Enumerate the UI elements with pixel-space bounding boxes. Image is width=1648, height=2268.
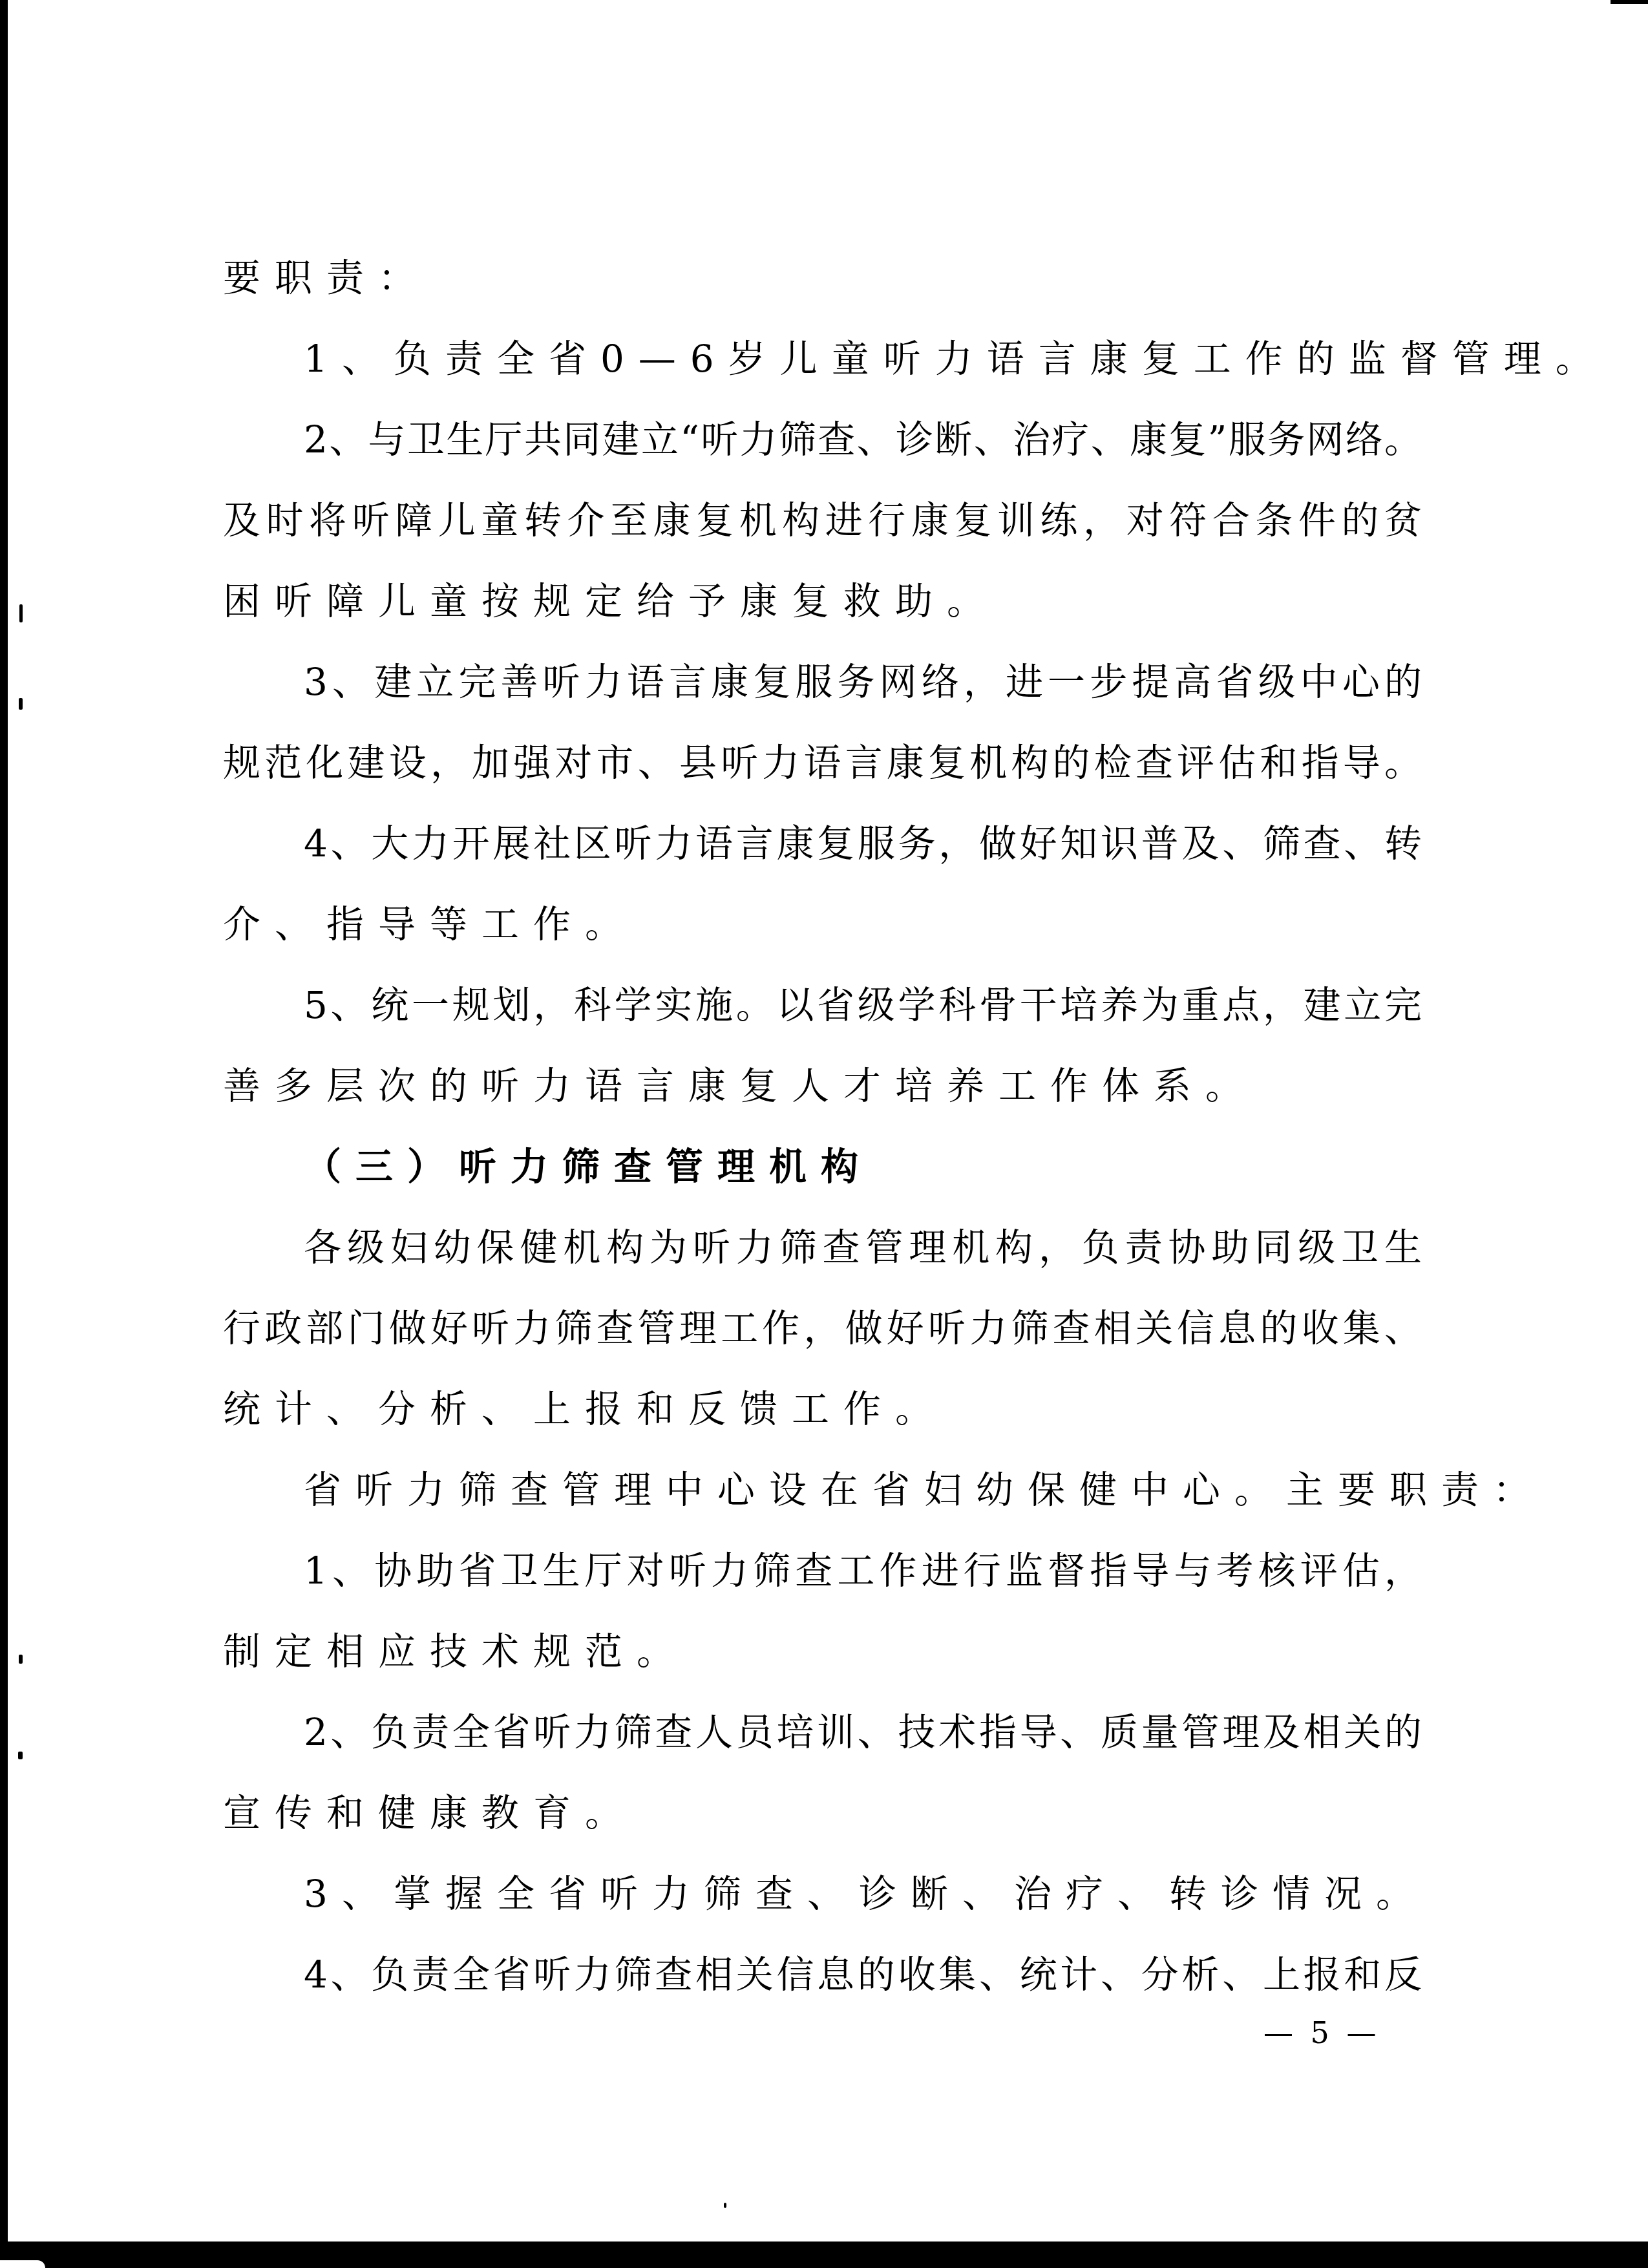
scan-top-right-mark: [1611, 0, 1648, 4]
text-line: 4、负责全省听力筛查相关信息的收集、统计、分析、上报和反: [304, 1945, 1422, 2004]
scan-left-edge: [0, 0, 8, 2268]
text-line: 省听力筛查管理中心设在省妇幼保健中心。主要职责：: [304, 1461, 1545, 1519]
text-line: 2、与卫生厅共同建立“听力筛查、诊断、治疗、康复”服务网络。: [304, 410, 1422, 469]
text-line: 善多层次的听力语言康复人才培养工作体系。: [223, 1057, 1257, 1115]
text-line: 及时将听障儿童转介至康复机构进行康复训练，对符合条件的贫: [223, 491, 1422, 549]
scan-speck: [19, 604, 23, 622]
text-line: 统计、分析、上报和反馈工作。: [223, 1380, 947, 1438]
text-line: 1、负责全省0—6岁儿童听力语言康复工作的监督管理。: [304, 330, 1607, 388]
scan-speck: [19, 1655, 23, 1664]
page-number: — 5 —: [1263, 2013, 1380, 2052]
text-line: 介、指导等工作。: [223, 895, 637, 953]
scan-speck: [19, 698, 23, 710]
text-line: 2、负责全省听力筛查人员培训、技术指导、质量管理及相关的: [304, 1703, 1422, 1761]
scan-speck: [18, 1752, 23, 1759]
text-line: 3、建立完善听力语言康复服务网络，进一步提高省级中心的: [304, 653, 1422, 711]
text-line: 宣传和健康教育。: [223, 1784, 637, 1842]
text-line: 3、掌握全省听力筛查、诊断、治疗、转诊情况。: [304, 1865, 1428, 1923]
text-line: 要职责：: [223, 249, 430, 307]
text-line: 1、协助省卫生厅对听力筛查工作进行监督指导与考核评估，: [304, 1542, 1422, 1600]
text-line: 5、统一规划，科学实施。以省级学科骨干培养为重点，建立完: [304, 976, 1422, 1034]
text-line: 困听障儿童按规定给予康复救助。: [223, 572, 998, 630]
text-line: 制定相应技术规范。: [223, 1622, 688, 1680]
scan-speck: [724, 2203, 726, 2208]
text-line: 4、大力开展社区听力语言康复服务，做好知识普及、筛查、转: [304, 814, 1422, 873]
section-heading: （三）听力筛查管理机构: [304, 1138, 872, 1196]
text-line: 行政部门做好听力筛查管理工作，做好听力筛查相关信息的收集、: [223, 1299, 1422, 1357]
scan-bottom-band: [0, 2242, 1648, 2268]
text-line: 规范化建设，加强对市、县听力语言康复机构的检查评估和指导。: [223, 734, 1422, 792]
text-line: 各级妇幼保健机构为听力筛查管理机构，负责协助同级卫生: [304, 1218, 1422, 1277]
